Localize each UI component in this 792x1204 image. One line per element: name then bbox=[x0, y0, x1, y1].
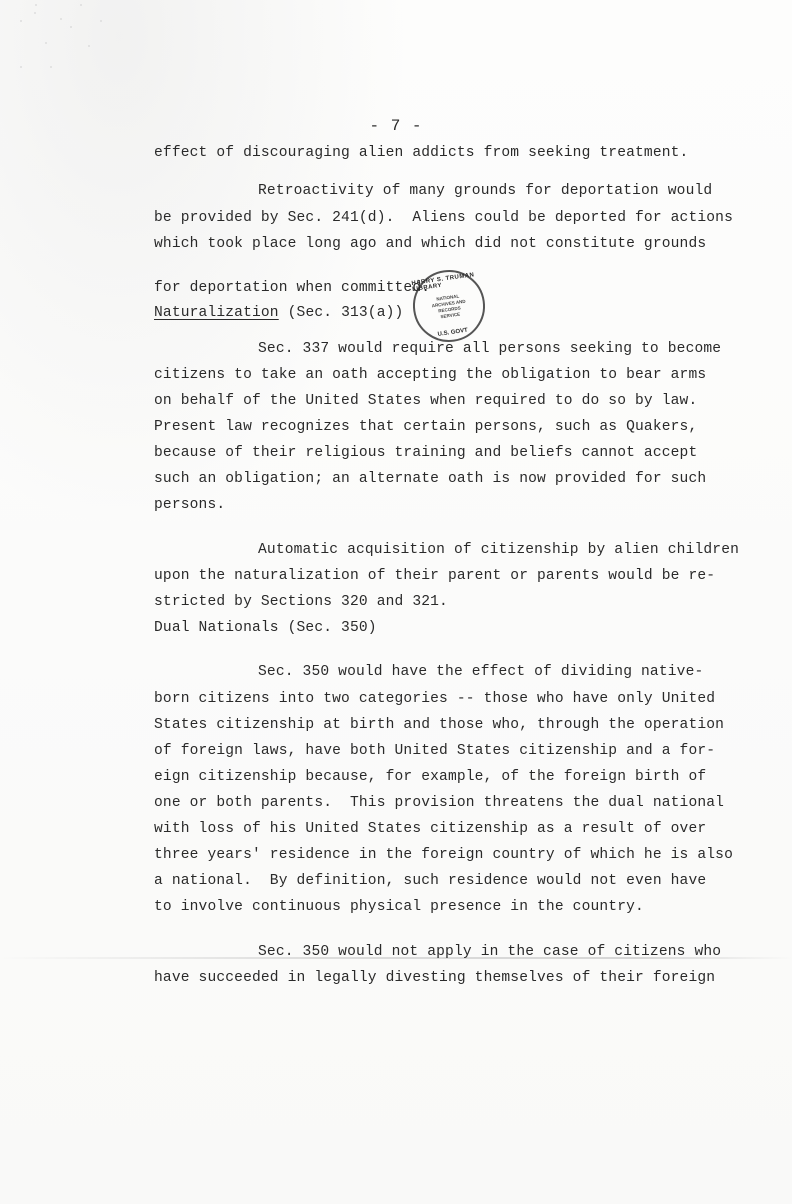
text-line: one or both parents. This provision thre… bbox=[154, 794, 724, 812]
paper-speck bbox=[20, 20, 22, 22]
text-line: three years' residence in the foreign co… bbox=[154, 846, 733, 864]
text-line: persons. bbox=[154, 496, 225, 514]
stamp-bottom-text: U.S. GOVT bbox=[437, 328, 468, 338]
text-line: citizens to take an oath accepting the o… bbox=[154, 366, 706, 384]
text-line: with loss of his United States citizensh… bbox=[154, 820, 706, 838]
paper-speck bbox=[60, 18, 62, 20]
paper-speck bbox=[34, 12, 36, 14]
text-line: eign citizenship because, for example, o… bbox=[154, 768, 706, 786]
paper-speck bbox=[88, 45, 90, 47]
text-line: to involve continuous physical presence … bbox=[154, 898, 644, 916]
heading-section-ref: (Sec. 313(a)) bbox=[279, 305, 404, 321]
heading-underlined-text: Naturalization bbox=[154, 305, 279, 321]
paper-speck bbox=[20, 66, 22, 68]
text-line: have succeeded in legally divesting them… bbox=[154, 969, 715, 987]
paper-speck bbox=[70, 26, 72, 28]
section-heading-dual-nationals: Dual Nationals (Sec. 350) bbox=[154, 619, 377, 637]
text-line: upon the naturalization of their parent … bbox=[154, 567, 715, 585]
text-line: on behalf of the United States when requ… bbox=[154, 392, 697, 410]
text-line: which took place long ago and which did … bbox=[154, 235, 706, 253]
paper-speck bbox=[50, 66, 52, 68]
paper-speck bbox=[100, 20, 102, 22]
text-line: such an obligation; an alternate oath is… bbox=[154, 470, 706, 488]
text-line: Sec. 337 would require all persons seeki… bbox=[258, 340, 721, 358]
text-line: be provided by Sec. 241(d). Aliens could… bbox=[154, 209, 733, 227]
text-line: Retroactivity of many grounds for deport… bbox=[258, 182, 712, 200]
text-line: effect of discouraging alien addicts fro… bbox=[154, 144, 688, 162]
text-line: because of their religious training and … bbox=[154, 444, 697, 462]
text-line: for deportation when committed. bbox=[154, 279, 430, 297]
text-line: Automatic acquisition of citizenship by … bbox=[258, 541, 739, 559]
document-page: - 7 - HARRY S. TRUMAN LIBRARY NATIONAL A… bbox=[0, 0, 792, 1204]
text-line: Present law recognizes that certain pers… bbox=[154, 418, 697, 436]
text-line: of foreign laws, have both United States… bbox=[154, 742, 715, 760]
section-heading-naturalization: Naturalization (Sec. 313(a)) bbox=[154, 304, 403, 322]
page-number: - 7 - bbox=[0, 117, 792, 135]
paper-speck bbox=[45, 42, 47, 44]
paper-speck bbox=[80, 4, 82, 6]
paper-speck bbox=[35, 4, 37, 6]
text-line: born citizens into two categories -- tho… bbox=[154, 690, 715, 708]
stamp-center: NATIONAL ARCHIVES AND RECORDS SERVICE bbox=[431, 293, 468, 322]
text-line: States citizenship at birth and those wh… bbox=[154, 716, 724, 734]
text-line: Sec. 350 would have the effect of dividi… bbox=[258, 663, 703, 681]
archive-stamp: HARRY S. TRUMAN LIBRARY NATIONAL ARCHIVE… bbox=[408, 265, 489, 346]
text-line: a national. By definition, such residenc… bbox=[154, 872, 706, 890]
text-line: stricted by Sections 320 and 321. bbox=[154, 593, 448, 611]
text-line: Sec. 350 would not apply in the case of … bbox=[258, 943, 721, 961]
